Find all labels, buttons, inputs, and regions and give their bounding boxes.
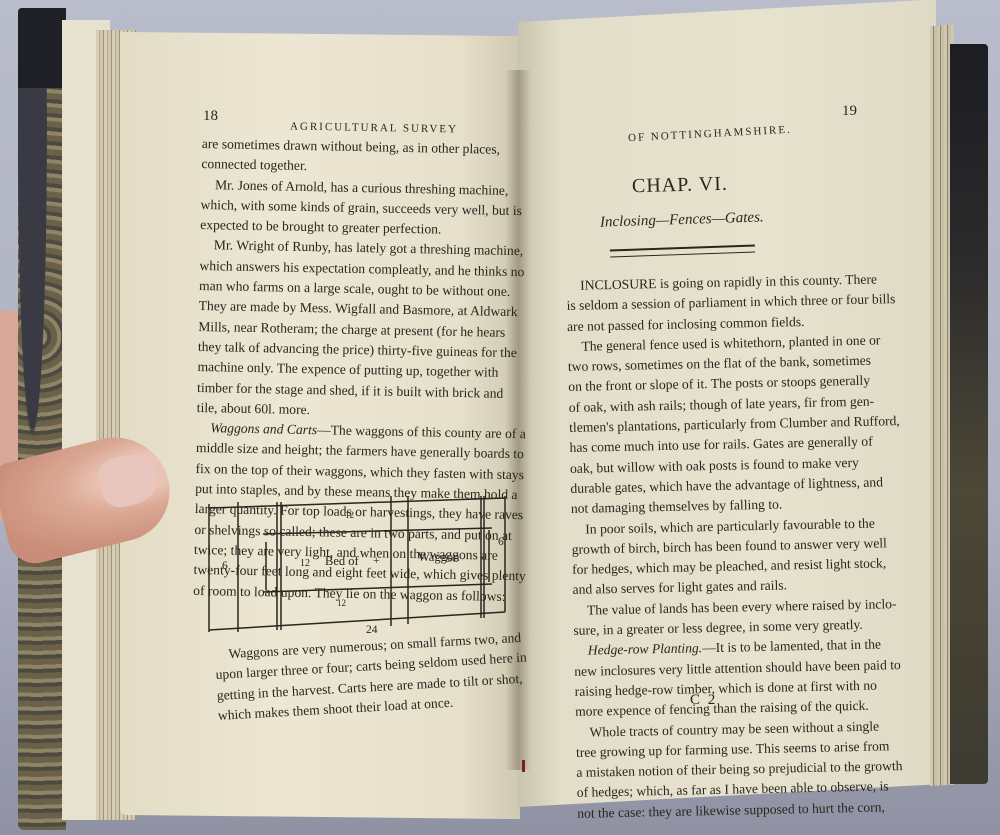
right-page-body: INCLOSURE is going on rapidly in this co… <box>566 270 877 824</box>
left-marbled-cover <box>18 8 66 830</box>
diagram-label-top-span: 12 <box>345 510 354 520</box>
waggon-diagram: 6 6 12 12 12 Bed of + Waggon 24 <box>205 494 515 634</box>
diagram-label-total-length: 24 <box>366 624 378 636</box>
text-fragment: —The waggons of this county are of a <box>317 422 526 441</box>
diagram-label-right-width: 6 <box>498 536 504 548</box>
chapter-title: CHAP. VI. <box>632 173 728 199</box>
diagram-label-left-width: 6 <box>222 560 228 572</box>
left-page-number: 18 <box>203 108 218 125</box>
diagram-label-marker: + <box>373 555 380 567</box>
diagram-label-bed-of: Bed of <box>325 554 359 569</box>
diagram-label-bottom-span: 12 <box>337 598 346 608</box>
hedgerow-heading: Hedge-row Planting. <box>588 641 703 658</box>
bookmark-ribbon <box>522 760 525 772</box>
text-fragment: —It is to be lamented, that in the <box>702 637 881 656</box>
right-page-number: 19 <box>842 103 857 120</box>
diagram-label-waggon: Waggon <box>418 550 459 565</box>
waggons-heading: Waggons and Carts <box>210 420 317 437</box>
left-page-closing-paragraph: Waggons are very numerous; on small farm… <box>214 628 530 726</box>
signature-mark: C 2 <box>690 692 717 709</box>
left-cover-leather-corner <box>18 8 66 88</box>
diagram-label-bed-length: 12 <box>300 558 310 569</box>
right-marbled-cover <box>950 44 988 784</box>
waggon-diagram-lines <box>205 494 515 634</box>
